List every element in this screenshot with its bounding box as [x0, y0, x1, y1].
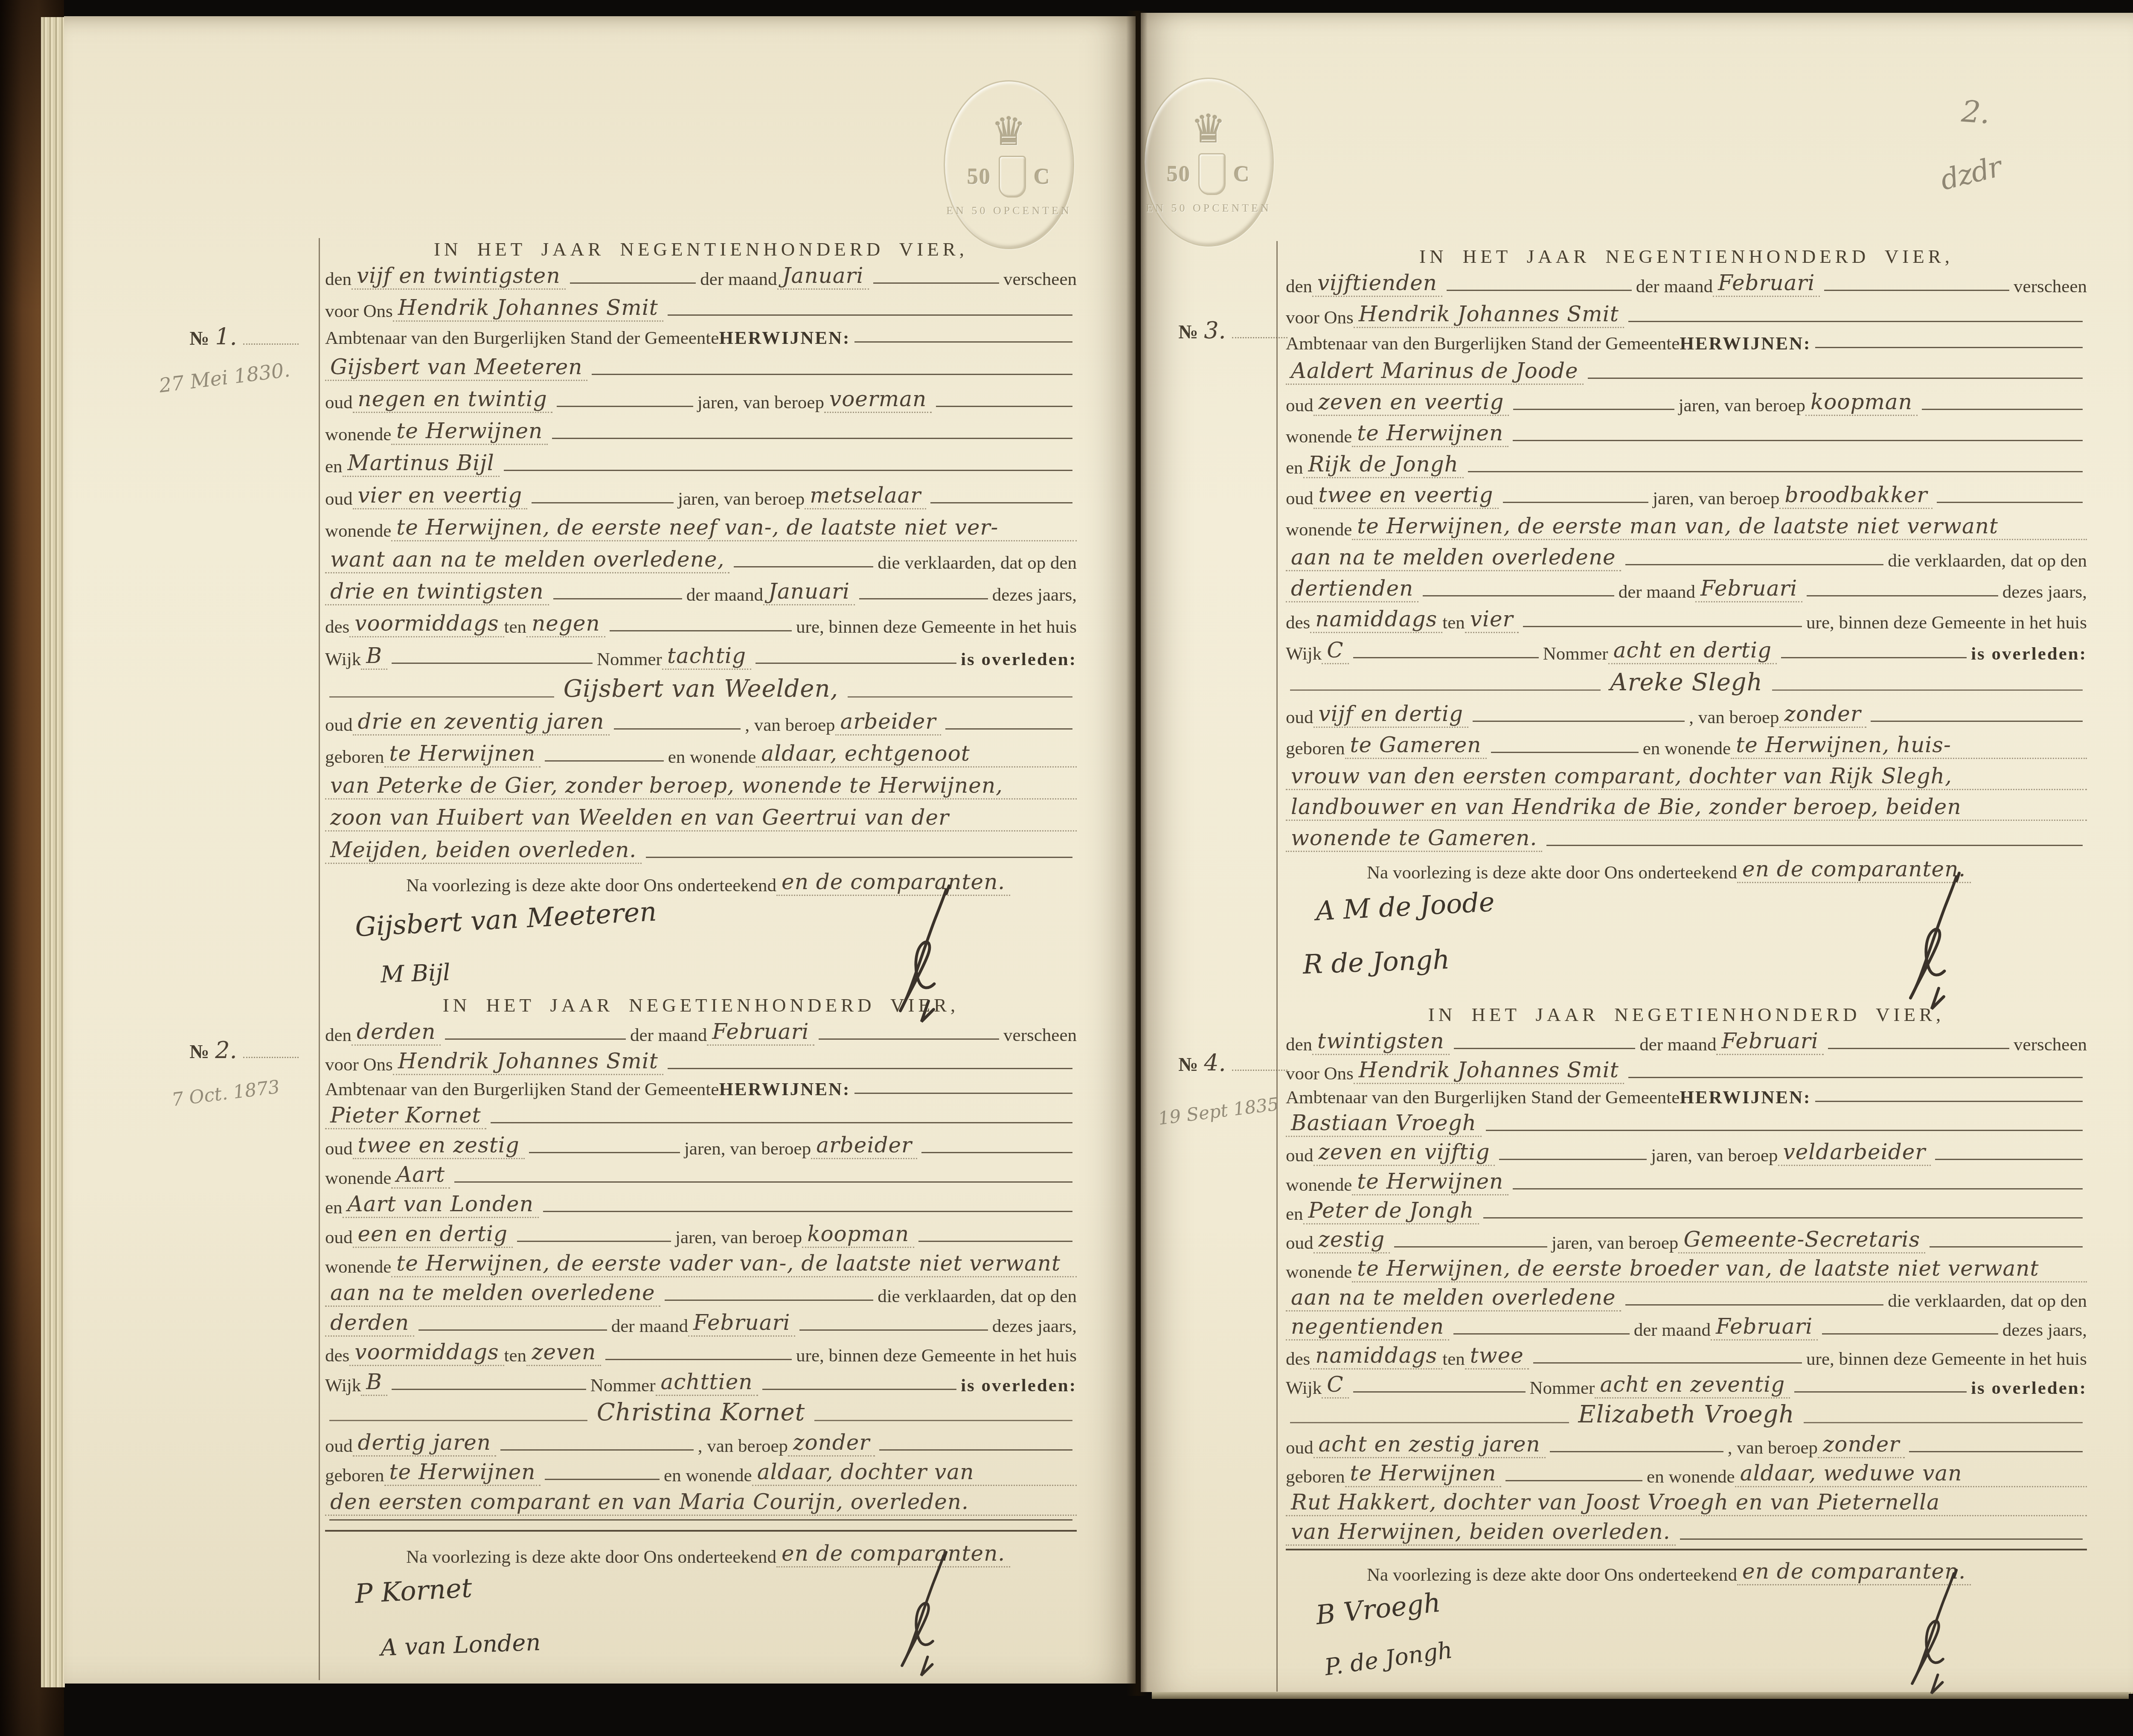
form-line: oud een en dertigjaren, van beroep koopm…: [325, 1222, 1077, 1248]
handwritten-text: negen: [526, 611, 605, 637]
blank-line: [1486, 1130, 2083, 1131]
printed-text: verscheen: [2014, 276, 2087, 297]
printed-text: die verklaarden, dat op den: [878, 1286, 1077, 1307]
printed-text: ure, binnen deze Gemeente in het huis: [796, 1345, 1077, 1366]
printed-text: HERWIJNEN:: [1680, 333, 1811, 354]
handwritten-text: Hendrik Johannes Smit: [393, 296, 663, 322]
printed-text: en: [325, 456, 343, 477]
printed-text: en wonende: [668, 747, 756, 768]
printed-text: geboren: [1286, 738, 1345, 759]
printed-text: der maand: [611, 1316, 688, 1337]
form-line: oud vijf en dertig, van beroep zonder: [1286, 702, 2087, 728]
printed-text: jaren, van beroep: [684, 1138, 811, 1159]
handwritten-text: Januari: [763, 579, 855, 605]
printed-text: jaren, van beroep: [1653, 488, 1779, 509]
form-line: geboren te Gamerenen wonende te Herwijne…: [1286, 733, 2087, 759]
handwritten-text: zonder: [788, 1431, 875, 1457]
official-signature-paraph: [1878, 871, 1980, 1012]
printed-text: jaren, van beroep: [1651, 1145, 1778, 1166]
printed-text: ten: [504, 616, 527, 637]
blank-line: [418, 1329, 607, 1331]
comparant-signature: A van Londen: [380, 1628, 541, 1661]
form-line: en Rijk de Jongh: [1286, 452, 2087, 478]
printed-text: dezes jaars,: [2002, 1320, 2087, 1341]
printed-text: jaren, van beroep: [678, 489, 805, 509]
handwritten-text: te Herwijnen, de eerste broeder van, de …: [1352, 1256, 2087, 1282]
handwritten-text: twee en veertig: [1314, 483, 1499, 509]
form-line: oud zestigjaren, van beroep Gemeente-Sec…: [1286, 1227, 2087, 1253]
form-line: derdender maand Februaridezes jaars,: [325, 1311, 1077, 1337]
stamp-value-left: 50: [1167, 162, 1191, 187]
form-line: landbouwer en van Hendrika de Bie, zonde…: [1286, 795, 2087, 821]
printed-text: Ambtenaar van den Burgerlijken Stand der…: [325, 1079, 719, 1100]
printed-text: Nommer: [1530, 1378, 1595, 1399]
coat-of-arms-shield-icon: [1198, 153, 1226, 195]
form-line: van Herwijnen, beiden overleden.: [1286, 1520, 2087, 1546]
form-line: Wijk BNommer achttienis overleden:: [325, 1370, 1077, 1396]
form-line: Gijsbert van Meeteren: [325, 355, 1077, 381]
handwritten-text: voormiddags: [349, 1340, 504, 1366]
margin-note: 19 Sept 1835: [1157, 1093, 1280, 1129]
comparant-signature: A M de Joode: [1315, 886, 1495, 927]
printed-text: verscheen: [1003, 269, 1077, 290]
form-line: Rut Hakkert, dochter van Joost Vroegh en…: [1286, 1490, 2087, 1516]
form-line: dertiendender maand Februaridezes jaars,: [1286, 576, 2087, 602]
handwritten-text: zonder: [1779, 702, 1866, 728]
form-line: Ambtenaar van den Burgerlijken Stand der…: [1286, 333, 2087, 354]
handwritten-text: B: [361, 1370, 387, 1396]
form-line: oud drie en zeventig jaren, van beroep a…: [325, 710, 1077, 736]
printed-text: oud: [325, 1138, 353, 1159]
printed-text: jaren, van beroep: [697, 392, 824, 413]
handwritten-text: broodbakker: [1779, 483, 1932, 509]
form-line: oud dertig jaren, van beroep zonder: [325, 1431, 1077, 1457]
blank-line: [819, 1038, 1000, 1040]
form-line: Pieter Kornet: [325, 1103, 1077, 1129]
form-line: en Peter de Jongh: [1286, 1198, 2087, 1224]
blank-line: [491, 1122, 1072, 1123]
blank-line: [921, 1152, 1072, 1153]
printed-text: des: [1286, 1349, 1310, 1370]
printed-text: der maand: [1636, 276, 1713, 297]
blank-line: [552, 438, 1072, 439]
handwritten-text: want aan na te melden overledene,: [325, 547, 729, 573]
handwritten-text: te Herwijnen, de eerste neef van-, de la…: [391, 515, 1077, 541]
handwritten-text: zeven en veertig: [1314, 390, 1509, 416]
handwritten-text: Rijk de Jongh: [1303, 452, 1464, 478]
stamp-value-right: C: [1034, 164, 1051, 189]
handwritten-text: C: [1322, 1373, 1348, 1399]
blank-line: [762, 1389, 957, 1390]
form-line: oud twee en zestigjaren, van beroep arbe…: [325, 1133, 1077, 1159]
printed-text: verscheen: [1003, 1025, 1077, 1046]
blank-line: [1935, 1159, 2083, 1160]
registry-book-spread: ♛ 50 C EN 50 OPCENTEN №1. 27 Mei 1830. I…: [0, 0, 2133, 1736]
printed-text: Ambtenaar van den Burgerlijken Stand der…: [325, 328, 719, 349]
handwritten-text: veldarbeider: [1778, 1140, 1931, 1166]
official-signature-paraph: [1878, 1568, 1980, 1696]
handwritten-text: zoon van Huibert van Weelden en van Geer…: [325, 805, 1077, 832]
printed-text: , van beroep: [1689, 707, 1779, 728]
handwritten-text: wonende te Gameren.: [1286, 826, 1542, 852]
printed-text: der maand: [686, 584, 763, 605]
form-line: oud vier en veertigjaren, van beroep met…: [325, 483, 1077, 509]
blank-line: [1533, 1362, 1802, 1364]
coat-of-arms-shield-icon: [999, 156, 1026, 198]
signatures: B VroeghP. de Jongh: [1286, 1585, 2087, 1700]
blank-line: [1828, 1048, 2009, 1049]
printed-text: jaren, van beroep: [1552, 1233, 1678, 1253]
handwritten-text: negentienden: [1286, 1314, 1449, 1341]
ruled-line: [325, 1530, 1077, 1532]
printed-text: Wijk: [1286, 643, 1322, 664]
handwritten-text: metselaar: [805, 483, 926, 509]
blank-line: [1628, 321, 2083, 322]
printed-text: ten: [1442, 612, 1465, 633]
printed-text: die verklaarden, dat op den: [878, 552, 1077, 573]
printed-text: , van beroep: [1728, 1437, 1818, 1458]
handwritten-text: aan na te melden overledene: [325, 1281, 660, 1307]
dotted-leader: [1232, 337, 1287, 338]
printed-text: en wonende: [1643, 738, 1731, 759]
handwritten-text: tachtig: [662, 644, 751, 670]
blank-line: [799, 1329, 988, 1331]
printed-text: die verklaarden, dat op den: [1888, 1291, 2087, 1311]
embossed-revenue-stamp: ♛ 50 C EN 50 OPCENTEN: [1143, 78, 1274, 247]
dotted-leader: [1232, 1070, 1287, 1071]
printed-text: wonende: [1286, 519, 1352, 540]
handwritten-text: namiddags: [1310, 1343, 1442, 1370]
blank-line: [1499, 1159, 1647, 1160]
form-line: Christina Kornet: [325, 1399, 1077, 1427]
form-line: en Aart van Londen: [325, 1192, 1077, 1218]
blank-line: [668, 314, 1072, 316]
blank-line: [392, 1389, 586, 1390]
handwritten-text: Gemeente-Secretaris: [1678, 1227, 1925, 1253]
form-line: Gijsbert van Weelden,: [325, 676, 1077, 704]
form-line: oud acht en zestig jaren, van beroep zon…: [1286, 1432, 2087, 1458]
comparant-signature: Gijsbert van Meeteren: [355, 896, 657, 943]
margin-rule: [1276, 241, 1278, 1692]
form-line: Ambtenaar van den Burgerlijken Stand der…: [325, 328, 1077, 349]
printed-text: ten: [1442, 1349, 1465, 1370]
handwritten-text: Februari: [1713, 271, 1820, 297]
printed-text: wonende: [1286, 426, 1352, 447]
form-line: den derdender maand Februariverscheen: [325, 1020, 1077, 1046]
handwritten-text: zeven en vijftig: [1314, 1140, 1495, 1166]
akte-no-value: 1.: [209, 323, 243, 350]
form-line: oud zeven en veertigjaren, van beroep ko…: [1286, 390, 2087, 416]
form-line: geboren te Herwijnenen wonende aldaar, d…: [325, 1460, 1077, 1486]
right-page: ♛ 50 C EN 50 OPCENTEN №3. IN HET JAAR NE…: [1141, 13, 2133, 1692]
handwritten-text: vier: [1465, 607, 1519, 633]
blank-line: [1815, 1101, 2083, 1102]
blank-line: [557, 406, 693, 407]
blank-line: [1513, 1188, 2083, 1189]
death-record-akte-1: №1. 27 Mei 1830. IN HET JAAR NEGENTIENHO…: [325, 238, 1077, 1024]
blank-line: [1454, 1048, 1635, 1049]
handwritten-text: Februari: [1695, 576, 1802, 602]
printed-text: den: [325, 269, 352, 290]
akte-number: №1.: [189, 323, 299, 350]
handwritten-text: Gijsbert van Meeteren: [325, 355, 587, 381]
blank-line: [529, 1152, 680, 1153]
form-line: Meijden, beiden overleden.: [325, 838, 1077, 864]
printed-text: Nommer: [1543, 643, 1608, 664]
signatures: A M de JoodeR de Jongh: [1286, 883, 2087, 1011]
handwritten-text: aldaar, dochter van: [752, 1460, 1077, 1486]
handwritten-text: voormiddags: [349, 611, 504, 637]
handwritten-text: derden: [325, 1311, 414, 1337]
death-record-akte-4: №4. 19 Sept 1835 IN HET JAAR NEGETIENHON…: [1286, 1003, 2087, 1700]
form-line: den vijf en twintigstender maand Januari…: [325, 264, 1077, 290]
blank-line: [879, 1449, 1072, 1451]
printed-text: en: [1286, 457, 1303, 478]
blank-line: [1909, 1451, 2083, 1452]
printed-text: oud: [1286, 1145, 1314, 1166]
comparant-signature: P Kornet: [354, 1572, 473, 1609]
printed-text: dezes jaars,: [992, 584, 1077, 605]
handwritten-text: te Herwijnen: [1345, 1461, 1502, 1487]
printed-text: ten: [504, 1345, 527, 1366]
form-line: voor Ons Hendrik Johannes Smit: [1286, 1058, 2087, 1084]
blank-line: [329, 1519, 1072, 1521]
printed-text: jaren, van beroep: [1679, 395, 1805, 416]
form-line: Ambtenaar van den Burgerlijken Stand der…: [1286, 1087, 2087, 1108]
form-line: den twintigstender maand Februariversche…: [1286, 1029, 2087, 1055]
handwritten-text: Februari: [1711, 1314, 1818, 1341]
printed-text: des: [1286, 612, 1310, 633]
printed-text: voor Ons: [325, 301, 393, 322]
handwritten-text: aldaar, echtgenoot: [756, 742, 1077, 768]
form-line: oud negen en twintigjaren, van beroep vo…: [325, 387, 1077, 413]
blank-line: [1290, 689, 1601, 691]
blank-line: [848, 696, 1072, 698]
blank-line: [756, 663, 956, 664]
blank-line: [605, 1359, 792, 1360]
official-signature-paraph: [868, 1550, 970, 1678]
printed-text: wonende: [325, 1256, 391, 1277]
handwritten-text: Christina Kornet: [592, 1399, 811, 1427]
akte-no-value: 3.: [1198, 317, 1232, 344]
akte-no-label: №: [1178, 320, 1198, 343]
handwritten-text: Bastiaan Vroegh: [1286, 1111, 1482, 1137]
blank-line: [1468, 471, 2083, 472]
printed-text: wonende: [325, 424, 391, 445]
stamp-value-right: C: [1233, 162, 1250, 187]
printed-text: Na voorlezing is deze akte door Ons onde…: [1367, 862, 1737, 883]
blank-line: [1483, 1217, 2083, 1218]
handwritten-text: twintigsten: [1312, 1029, 1450, 1055]
stamp-ring-text: EN 50 OPCENTEN: [946, 204, 1071, 217]
handwritten-text: namiddags: [1310, 607, 1442, 633]
printed-text: is overleden:: [1971, 1378, 2087, 1399]
printed-text: wonende: [325, 1168, 391, 1189]
form-line: wonende Aart: [325, 1163, 1077, 1189]
handwritten-text: achttien: [656, 1370, 758, 1396]
printed-text: ure, binnen deze Gemeente in het huis: [1806, 1349, 2087, 1370]
printed-text: Na voorlezing is deze akte door Ons onde…: [406, 1547, 776, 1567]
blank-line: [610, 630, 792, 631]
blank-line: [545, 760, 663, 762]
printed-text: der maand: [1634, 1320, 1711, 1341]
form-line: Wijk CNommer acht en zeventigis overlede…: [1286, 1373, 2087, 1399]
blank-line: [1922, 409, 2083, 410]
blank-line: [1473, 721, 1685, 722]
handwritten-text: Aart: [391, 1163, 450, 1189]
printed-text: oud: [1286, 395, 1314, 416]
handwritten-text: Februari: [1716, 1029, 1823, 1055]
form-line: wonende te Gameren.: [1286, 826, 2087, 852]
blank-line: [1824, 290, 2009, 291]
akte-rows: den vijftiendender maand Februariversche…: [1286, 271, 2087, 883]
handwritten-text: te Herwijnen, huis-: [1731, 733, 2087, 759]
handwritten-text: acht en zeventig: [1595, 1373, 1790, 1399]
blank-line: [854, 341, 1072, 343]
handwritten-text: Areke Slegh: [1605, 669, 1768, 697]
blank-line: [454, 1181, 1072, 1183]
handwritten-text: vijftienden: [1312, 271, 1442, 297]
printed-text: ure, binnen deze Gemeente in het huis: [796, 616, 1077, 637]
blank-line: [570, 282, 696, 284]
blank-line: [1815, 347, 2083, 348]
signatures: P KornetA van Londen: [325, 1567, 1077, 1682]
printed-text: oud: [1286, 707, 1314, 728]
printed-text: die verklaarden, dat op den: [1888, 550, 2087, 571]
blank-line: [532, 502, 674, 503]
handwritten-text: voerman: [824, 387, 932, 413]
printed-text: en wonende: [664, 1465, 752, 1486]
blank-line: [500, 1449, 694, 1451]
blank-line: [859, 598, 988, 599]
handwritten-text: vijf en twintigsten: [352, 264, 566, 290]
printed-text: oud: [1286, 488, 1314, 509]
handwritten-text: Rut Hakkert, dochter van Joost Vroegh en…: [1286, 1490, 2087, 1516]
akte-no-label: №: [189, 327, 209, 349]
handwritten-text: Meijden, beiden overleden.: [325, 838, 642, 864]
blank-line: [945, 728, 1072, 730]
printed-text: jaren, van beroep: [675, 1227, 802, 1248]
comparant-signature: R de Jongh: [1302, 944, 1450, 980]
blank-line: [1546, 845, 2083, 846]
handwritten-text: te Herwijnen: [1352, 421, 1508, 447]
handwritten-text: dertig jaren: [353, 1431, 497, 1457]
blank-line: [1625, 564, 1883, 565]
handwritten-text: te Herwijnen: [384, 742, 541, 768]
form-line: den vijftiendender maand Februariversche…: [1286, 271, 2087, 297]
handwritten-text: koopman: [1805, 390, 1918, 416]
form-line: des namiddags ten tweeure, binnen deze G…: [1286, 1343, 2087, 1370]
blank-line: [1772, 689, 2083, 691]
handwritten-text: acht en zestig jaren: [1314, 1432, 1546, 1458]
handwritten-text: Februari: [688, 1311, 795, 1337]
blank-line: [1523, 626, 1802, 627]
akte-no-value: 4.: [1198, 1050, 1232, 1076]
printed-text: Ambtenaar van den Burgerlijken Stand der…: [1286, 1087, 1680, 1108]
handwritten-text: B: [361, 644, 387, 670]
printed-text: der maand: [1619, 582, 1695, 602]
blank-line: [1625, 1304, 1883, 1306]
handwritten-text: te Herwijnen, de eerste vader van-, de l…: [391, 1251, 1077, 1277]
form-line: wonende te Herwijnen: [1286, 1169, 2087, 1195]
akte-rows: den derdender maand Februariverscheenvoo…: [325, 1020, 1077, 1567]
blank-line: [329, 1420, 587, 1421]
printed-text: Wijk: [1286, 1378, 1322, 1399]
comparant-signature: P. de Jongh: [1323, 1636, 1454, 1681]
handwritten-text: van Herwijnen, beiden overleden.: [1286, 1520, 1676, 1546]
blank-line: [545, 1479, 660, 1480]
handwritten-text: twee: [1465, 1343, 1529, 1370]
blank-line: [646, 857, 1072, 858]
handwritten-text: te Herwijnen, de eerste man van, de laat…: [1352, 514, 2087, 540]
akte-header: IN HET JAAR NEGETIENHONDERD VIER,: [1286, 1003, 2087, 1026]
handwritten-text: van Peterke de Gier, zonder beroep, wone…: [325, 773, 1077, 800]
handwritten-text: koopman: [802, 1222, 914, 1248]
page-edges-left: [41, 17, 65, 1687]
blank-line: [1937, 502, 2083, 503]
handwritten-text: derden: [352, 1020, 441, 1046]
form-line: wonende te Herwijnen, de eerste vader va…: [325, 1251, 1077, 1277]
margin-note: 7 Oct. 1873: [171, 1076, 281, 1111]
printed-text: voor Ons: [1286, 307, 1354, 328]
printed-text: Wijk: [325, 649, 361, 670]
handwritten-text: acht en dertig: [1608, 638, 1777, 664]
blank-line: [1513, 440, 2083, 441]
blank-line: [854, 1093, 1072, 1094]
blank-line: [1353, 657, 1539, 658]
form-line: oud twee en veertigjaren, van beroep bro…: [1286, 483, 2087, 509]
printed-text: den: [1286, 1034, 1312, 1055]
blank-line: [504, 470, 1072, 471]
handwritten-text: Aaldert Marinus de Joode: [1286, 359, 1584, 385]
dotted-leader: [243, 1057, 299, 1058]
printed-text: den: [1286, 276, 1312, 297]
handwritten-text: een en dertig: [353, 1222, 513, 1248]
handwritten-text: Februari: [707, 1020, 814, 1046]
handwritten-text: te Herwijnen: [391, 419, 548, 445]
printed-text: Wijk: [325, 1375, 361, 1396]
stamp-value-left: 50: [967, 164, 991, 189]
form-line: wonende te Herwijnen: [1286, 421, 2087, 447]
form-line: Areke Slegh: [1286, 669, 2087, 697]
blank-line: [930, 502, 1072, 503]
handwritten-text: Gijsbert van Weelden,: [558, 676, 844, 704]
handwritten-text: Hendrik Johannes Smit: [1354, 302, 1624, 328]
handwritten-text: Elizabeth Vroegh: [1573, 1402, 1800, 1429]
form-line: Wijk CNommer acht en dertigis overleden:: [1286, 638, 2087, 664]
blank-line: [1781, 657, 1967, 658]
form-line: Wijk BNommer tachtigis overleden:: [325, 644, 1077, 670]
form-line: des voormiddags ten zevenure, binnen dez…: [325, 1340, 1077, 1366]
form-line: aan na te melden overledenedie verklaard…: [1286, 545, 2087, 571]
blank-line: [1394, 1246, 1547, 1247]
form-line: des voormiddags ten negenure, binnen dez…: [325, 611, 1077, 637]
margin-rule: [319, 238, 320, 1680]
printed-text: voor Ons: [325, 1054, 393, 1075]
form-line: vrouw van den eersten comparant, dochter…: [1286, 764, 2087, 790]
handwritten-text: te Herwijnen: [384, 1460, 541, 1486]
form-line: [325, 1530, 1077, 1538]
form-line: Ambtenaar van den Burgerlijken Stand der…: [325, 1079, 1077, 1100]
blank-line: [1628, 1077, 2083, 1078]
blank-line: [1503, 502, 1649, 503]
handwritten-text: Pieter Kornet: [325, 1103, 486, 1129]
handwritten-text: Peter de Jongh: [1303, 1198, 1479, 1224]
printed-text: wonende: [1286, 1262, 1352, 1282]
blank-line: [665, 1300, 873, 1301]
akte-no-value: 2.: [209, 1037, 243, 1064]
printed-text: des: [325, 616, 349, 637]
